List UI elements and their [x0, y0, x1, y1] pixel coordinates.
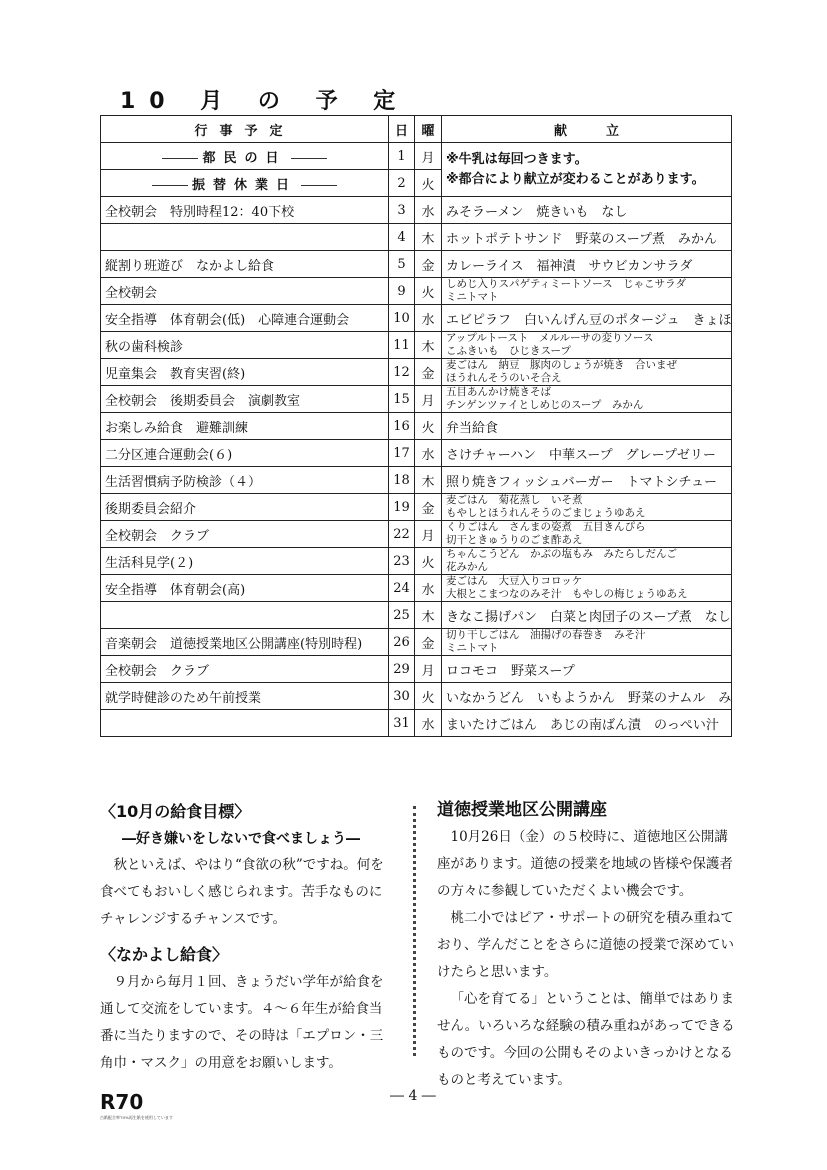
schedule-table: 行事予定 日 曜 献 立 都民の日1月※牛乳は毎回つきます。※都合により献立が変…	[100, 115, 732, 737]
event-cell: 秋の歯科検診	[101, 332, 389, 359]
day-cell: 31	[389, 710, 415, 737]
table-row: 就学時健診のため午前授業30火いなかうどん いもようかん 野菜のナムル みかん	[101, 683, 732, 710]
menu-line: ミニトマト	[446, 291, 727, 304]
menu-line: 照り焼きフィッシュバーガー トマトシチュー なし	[446, 471, 727, 490]
menu-line: 五目あんかけ焼きそば	[446, 386, 727, 399]
menu-cell: 麦ごはん 菊花蒸し いそ煮もやしとほうれんそうのごまじょうゆあえ	[442, 494, 732, 521]
menu-cell: 五目あんかけ焼きそばチンゲンツァイとしめじのスープ みかん	[442, 386, 732, 413]
menu-line: ちゃんこうどん かぶの塩もみ みたらしだんご	[446, 548, 727, 561]
menu-cell: 麦ごはん 大豆入りコロッケ大根とこまつなのみそ汁 もやしの梅じょうゆあえ	[442, 575, 732, 602]
dash-line	[162, 158, 198, 159]
day-cell: 29	[389, 656, 415, 683]
menu-line: カレーライス 福神漬 サウビカンサラダ	[446, 255, 727, 274]
event-cell: 生活科見学(２)	[101, 548, 389, 575]
day-cell: 9	[389, 278, 415, 305]
event-cell: 縦割り班遊び なかよし給食	[101, 251, 389, 278]
day-cell: 15	[389, 386, 415, 413]
event-cell: 安全指導 体育朝会(低) 心障連合運動会	[101, 305, 389, 332]
dash-line	[152, 185, 188, 186]
lunch-goal-heading: 〈10月の給食目標〉	[100, 798, 393, 826]
menu-cell: 弁当給食	[442, 413, 732, 440]
day-cell: 30	[389, 683, 415, 710]
menu-cell: きなこ揚げパン 白菜と肉団子のスープ煮 なし	[442, 602, 732, 629]
table-row: 安全指導 体育朝会(低) 心障連合運動会10水エビピラフ 白いんげん豆のポタージ…	[101, 305, 732, 332]
moral-lecture-p1: 10月26日（金）の５校時に、道徳地区公開講座があります。道徳の授業を地域の皆様…	[437, 824, 735, 905]
table-row: 児童集会 教育実習(終)12金麦ごはん 納豆 豚肉のしょうが焼き 合いまぜほうれ…	[101, 359, 732, 386]
event-cell	[101, 224, 389, 251]
event-cell: 二分区連合運動会(６)	[101, 440, 389, 467]
table-row: 秋の歯科検診11木アップルトースト メルルーサの変りソースこふきいも ひじきスー…	[101, 332, 732, 359]
menu-line: 花みかん	[446, 561, 727, 574]
day-cell: 3	[389, 197, 415, 224]
table-row: 4木ホットポテトサンド 野菜のスープ煮 みかん	[101, 224, 732, 251]
moral-lecture-p3: 「心を育てる」ということは、簡単ではありません。いろいろな経験の積み重ねがあって…	[437, 986, 735, 1094]
day-cell: 25	[389, 602, 415, 629]
table-row: 都民の日1月※牛乳は毎回つきます。※都合により献立が変わることがあります。	[101, 143, 732, 170]
weekday-cell: 木	[415, 467, 442, 494]
event-cell: 児童集会 教育実習(終)	[101, 359, 389, 386]
table-row: 全校朝会9火しめじ入りスパゲティミートソース じゃこサラダミニトマト	[101, 278, 732, 305]
menu-cell: ちゃんこうどん かぶの塩もみ みたらしだんご花みかん	[442, 548, 732, 575]
dash-line	[301, 185, 337, 186]
weekday-cell: 月	[415, 656, 442, 683]
menu-line: アップルトースト メルルーサの変りソース	[446, 332, 727, 345]
menu-cell: ロコモコ 野菜スープ	[442, 656, 732, 683]
moral-lecture-heading: 道徳授業地区公開講座	[437, 796, 735, 824]
menu-line: 麦ごはん 納豆 豚肉のしょうが焼き 合いまぜ	[446, 359, 727, 372]
weekday-cell: 水	[415, 305, 442, 332]
menu-notes: ※牛乳は毎回つきます。※都合により献立が変わることがあります。	[442, 143, 732, 197]
menu-line: くりごはん さんまの姿煮 五目きんぴら	[446, 521, 727, 534]
weekday-cell: 火	[415, 278, 442, 305]
event-cell: 全校朝会 クラブ	[101, 656, 389, 683]
right-column: 道徳授業地区公開講座 10月26日（金）の５校時に、道徳地区公開講座があります。…	[437, 796, 735, 1094]
table-row: 25木きなこ揚げパン 白菜と肉団子のスープ煮 なし	[101, 602, 732, 629]
holiday-label: 振替休業日	[192, 178, 297, 193]
weekday-cell: 水	[415, 440, 442, 467]
day-cell: 22	[389, 521, 415, 548]
day-cell: 2	[389, 170, 415, 197]
menu-line: 麦ごはん 菊花蒸し いそ煮	[446, 494, 727, 507]
day-cell: 1	[389, 143, 415, 170]
weekday-cell: 月	[415, 386, 442, 413]
event-cell: 全校朝会 特別時程12：40下校	[101, 197, 389, 224]
day-cell: 19	[389, 494, 415, 521]
menu-line: みそラーメン 焼きいも なし	[446, 201, 727, 220]
weekday-cell: 木	[415, 224, 442, 251]
menu-cell: 麦ごはん 納豆 豚肉のしょうが焼き 合いまぜほうれんそうのいそ合え	[442, 359, 732, 386]
event-cell: 全校朝会 後期委員会 演劇教室	[101, 386, 389, 413]
header-event: 行事予定	[101, 116, 389, 143]
day-cell: 10	[389, 305, 415, 332]
menu-cell: 切り干しごはん 油揚げの春巻き みそ汁ミニトマト	[442, 629, 732, 656]
weekday-cell: 水	[415, 575, 442, 602]
event-cell: 振替休業日	[101, 170, 389, 197]
event-cell: 音楽朝会 道徳授業地区公開講座(特別時程)	[101, 629, 389, 656]
menu-line: ミニトマト	[446, 642, 727, 655]
menu-line: 麦ごはん 大豆入りコロッケ	[446, 575, 727, 588]
day-cell: 26	[389, 629, 415, 656]
table-row: 全校朝会 特別時程12：40下校3水みそラーメン 焼きいも なし	[101, 197, 732, 224]
day-cell: 5	[389, 251, 415, 278]
menu-cell: さけチャーハン 中華スープ グレープゼリー	[442, 440, 732, 467]
menu-line: しめじ入りスパゲティミートソース じゃこサラダ	[446, 278, 727, 291]
day-cell: 16	[389, 413, 415, 440]
table-row: 全校朝会 クラブ29月ロコモコ 野菜スープ	[101, 656, 732, 683]
weekday-cell: 火	[415, 683, 442, 710]
page-title: 10 月 の 予 定	[120, 84, 409, 115]
table-header-row: 行事予定 日 曜 献 立	[101, 116, 732, 143]
recycle-logo: R70	[100, 1090, 143, 1114]
weekday-cell: 水	[415, 197, 442, 224]
event-cell: 安全指導 体育朝会(高)	[101, 575, 389, 602]
menu-line: 弁当給食	[446, 417, 727, 436]
event-cell	[101, 710, 389, 737]
day-cell: 11	[389, 332, 415, 359]
event-cell: 生活習慣病予防検診（４）	[101, 467, 389, 494]
table-row: 全校朝会 後期委員会 演劇教室15月五目あんかけ焼きそばチンゲンツァイとしめじの…	[101, 386, 732, 413]
menu-cell: くりごはん さんまの姿煮 五目きんぴら切干ときゅうりのごま酢あえ	[442, 521, 732, 548]
page-number: ― 4 ―	[390, 1088, 436, 1104]
holiday-label: 都民の日	[202, 151, 286, 166]
menu-cell: ホットポテトサンド 野菜のスープ煮 みかん	[442, 224, 732, 251]
weekday-cell: 月	[415, 143, 442, 170]
day-cell: 23	[389, 548, 415, 575]
menu-note: ※都合により献立が変わることがあります。	[446, 170, 727, 190]
dash-line	[291, 158, 327, 159]
menu-line: こふきいも ひじきスープ	[446, 345, 727, 358]
menu-line: ほうれんそうのいそ合え	[446, 372, 727, 385]
menu-line: チンゲンツァイとしめじのスープ みかん	[446, 399, 727, 412]
left-column: 〈10月の給食目標〉 ―好き嫌いをしないで食べましょう― 秋といえば、やはり“食…	[100, 798, 393, 1077]
header-weekday: 曜	[415, 116, 442, 143]
menu-line: ホットポテトサンド 野菜のスープ煮 みかん	[446, 228, 727, 247]
weekday-cell: 月	[415, 521, 442, 548]
menu-cell: まいたけごはん あじの南ばん漬 のっぺい汁 りんご	[442, 710, 732, 737]
event-cell: 都民の日	[101, 143, 389, 170]
table-row: 31水まいたけごはん あじの南ばん漬 のっぺい汁 りんご	[101, 710, 732, 737]
day-cell: 17	[389, 440, 415, 467]
table-row: 安全指導 体育朝会(高)24水麦ごはん 大豆入りコロッケ大根とこまつなのみそ汁 …	[101, 575, 732, 602]
weekday-cell: 金	[415, 629, 442, 656]
menu-line: もやしとほうれんそうのごまじょうゆあえ	[446, 507, 727, 520]
menu-line: 切り干しごはん 油揚げの春巻き みそ汁	[446, 629, 727, 642]
table-row: 生活習慣病予防検診（４）18木照り焼きフィッシュバーガー トマトシチュー なし	[101, 467, 732, 494]
table-row: 音楽朝会 道徳授業地区公開講座(特別時程)26金切り干しごはん 油揚げの春巻き …	[101, 629, 732, 656]
menu-line: さけチャーハン 中華スープ グレープゼリー	[446, 444, 727, 463]
menu-cell: 照り焼きフィッシュバーガー トマトシチュー なし	[442, 467, 732, 494]
lunch-goal-body: 秋といえば、やはり“食欲の秋”ですね。何を食べてもおいしく感じられます。苦手なも…	[100, 852, 393, 933]
weekday-cell: 水	[415, 710, 442, 737]
nakayoshi-heading: 〈なかよし給食〉	[100, 941, 393, 969]
lunch-goal-subheading: ―好き嫌いをしないで食べましょう―	[122, 826, 393, 852]
recycle-logo-caption: 古紙配合率70%再生紙を使用しています	[100, 1115, 173, 1121]
menu-note: ※牛乳は毎回つきます。	[446, 150, 727, 170]
weekday-cell: 木	[415, 602, 442, 629]
menu-cell: しめじ入りスパゲティミートソース じゃこサラダミニトマト	[442, 278, 732, 305]
menu-line: きなこ揚げパン 白菜と肉団子のスープ煮 なし	[446, 606, 727, 625]
event-cell: お楽しみ給食 避難訓練	[101, 413, 389, 440]
menu-cell: みそラーメン 焼きいも なし	[442, 197, 732, 224]
day-cell: 24	[389, 575, 415, 602]
event-cell: 全校朝会 クラブ	[101, 521, 389, 548]
event-cell: 就学時健診のため午前授業	[101, 683, 389, 710]
menu-line: 大根とこまつなのみそ汁 もやしの梅じょうゆあえ	[446, 588, 727, 601]
day-cell: 18	[389, 467, 415, 494]
nakayoshi-body: ９月から毎月１回、きょうだい学年が給食を通して交流をしています。４～６年生が給食…	[100, 969, 393, 1077]
menu-line: 切干ときゅうりのごま酢あえ	[446, 534, 727, 547]
event-cell	[101, 602, 389, 629]
table-row: 縦割り班遊び なかよし給食5金カレーライス 福神漬 サウビカンサラダ	[101, 251, 732, 278]
table-row: 生活科見学(２)23火ちゃんこうどん かぶの塩もみ みたらしだんご花みかん	[101, 548, 732, 575]
table-row: 後期委員会紹介19金麦ごはん 菊花蒸し いそ煮もやしとほうれんそうのごまじょうゆ…	[101, 494, 732, 521]
weekday-cell: 火	[415, 413, 442, 440]
header-menu: 献 立	[442, 116, 732, 143]
weekday-cell: 火	[415, 170, 442, 197]
menu-line: ロコモコ 野菜スープ	[446, 660, 727, 679]
menu-cell: いなかうどん いもようかん 野菜のナムル みかん	[442, 683, 732, 710]
menu-cell: エビピラフ 白いんげん豆のポタージュ きょほう	[442, 305, 732, 332]
menu-line: いなかうどん いもようかん 野菜のナムル みかん	[446, 687, 727, 706]
weekday-cell: 金	[415, 494, 442, 521]
event-cell: 全校朝会	[101, 278, 389, 305]
weekday-cell: 金	[415, 359, 442, 386]
menu-line: エビピラフ 白いんげん豆のポタージュ きょほう	[446, 309, 727, 328]
day-cell: 12	[389, 359, 415, 386]
table-row: お楽しみ給食 避難訓練16火弁当給食	[101, 413, 732, 440]
menu-cell: カレーライス 福神漬 サウビカンサラダ	[442, 251, 732, 278]
menu-cell: アップルトースト メルルーサの変りソースこふきいも ひじきスープ	[442, 332, 732, 359]
event-cell: 後期委員会紹介	[101, 494, 389, 521]
weekday-cell: 木	[415, 332, 442, 359]
weekday-cell: 金	[415, 251, 442, 278]
weekday-cell: 火	[415, 548, 442, 575]
table-row: 全校朝会 クラブ22月くりごはん さんまの姿煮 五目きんぴら切干ときゅうりのごま…	[101, 521, 732, 548]
moral-lecture-p2: 桃二小ではピア・サポートの研究を積み重ねており、学んだことをさらに道徳の授業で深…	[437, 905, 735, 986]
table-row: 二分区連合運動会(６)17水さけチャーハン 中華スープ グレープゼリー	[101, 440, 732, 467]
menu-line: まいたけごはん あじの南ばん漬 のっぺい汁 りんご	[446, 714, 727, 733]
header-day: 日	[389, 116, 415, 143]
column-divider	[413, 806, 416, 1056]
day-cell: 4	[389, 224, 415, 251]
